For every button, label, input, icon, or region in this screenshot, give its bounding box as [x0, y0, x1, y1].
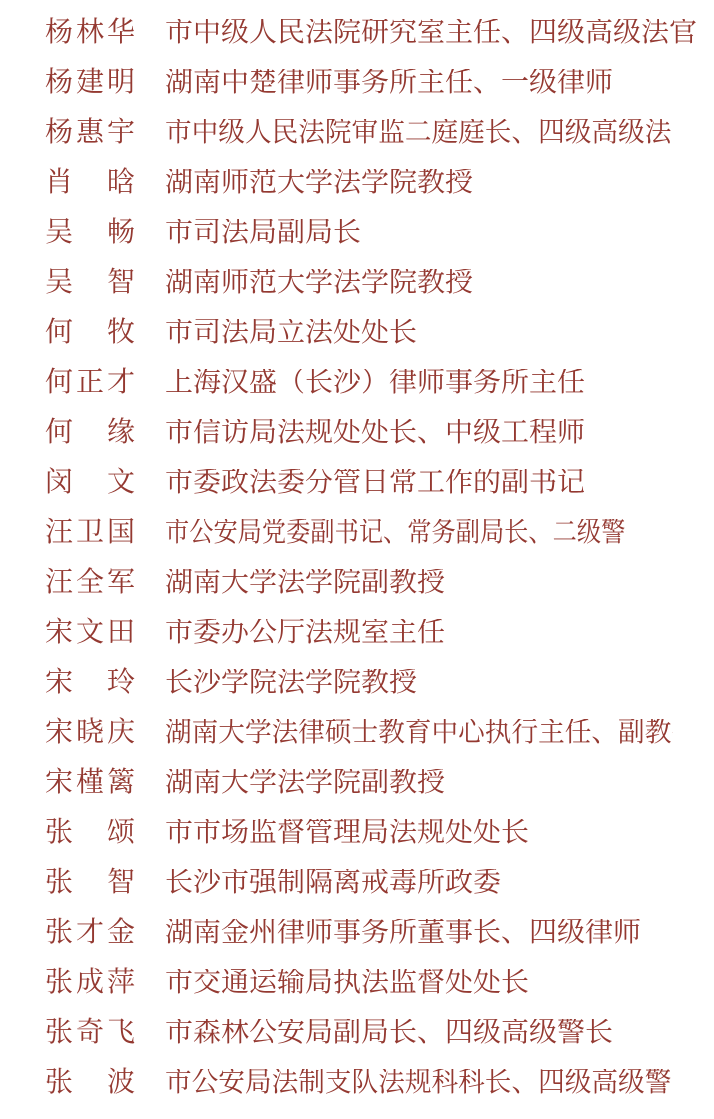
list-item: 闵 文 市委政法委分管日常工作的副书记 — [0, 458, 698, 508]
person-name: 何 缘 — [45, 419, 135, 447]
person-position: 市司法局立法处处长 — [165, 319, 698, 347]
list-item: 肖 晗 湖南师范大学法学院教授 — [0, 158, 698, 208]
list-item: 宋槿篱 湖南大学法学院副教授 — [0, 758, 698, 808]
person-name: 张成萍 — [45, 969, 135, 997]
list-item: 何 缘 市信访局法规处处长、中级工程师 — [0, 408, 698, 458]
person-name: 张 波 — [45, 1069, 135, 1097]
list-item: 吴 畅 市司法局副局长 — [0, 208, 698, 258]
list-item: 杨建明 湖南中楚律师事务所主任、一级律师 — [0, 58, 698, 108]
person-position: 湖南金州律师事务所董事长、四级律师 — [165, 919, 698, 947]
person-name: 宋文田 — [45, 619, 135, 647]
list-item: 汪全军 湖南大学法学院副教授 — [0, 558, 698, 608]
person-position: 市中级人民法院研究室主任、四级高级法官 — [165, 19, 698, 47]
person-position: 市公安局法制支队法规科科长、四级高级警长 — [165, 1069, 672, 1097]
person-position: 市委办公厅法规室主任 — [165, 619, 698, 647]
list-item: 张才金 湖南金州律师事务所董事长、四级律师 — [0, 908, 698, 958]
list-item: 张 智 长沙市强制隔离戒毒所政委 — [0, 858, 698, 908]
person-name: 宋槿篱 — [45, 769, 135, 797]
person-position: 湖南师范大学法学院教授 — [165, 269, 698, 297]
person-name: 杨建明 — [45, 69, 135, 97]
list-item: 何正才 上海汉盛（长沙）律师事务所主任 — [0, 358, 698, 408]
person-position: 长沙学院法学院教授 — [165, 669, 698, 697]
person-position: 市信访局法规处处长、中级工程师 — [165, 419, 698, 447]
person-position: 湖南大学法律硕士教育中心执行主任、副教授 — [165, 719, 672, 747]
list-item: 吴 智 湖南师范大学法学院教授 — [0, 258, 698, 308]
list-item: 宋 玲 长沙学院法学院教授 — [0, 658, 698, 708]
person-position: 湖南大学法学院副教授 — [165, 769, 698, 797]
person-name: 宋晓庆 — [45, 719, 135, 747]
list-item: 杨惠宇 市中级人民法院审监二庭庭长、四级高级法官 — [0, 108, 698, 158]
person-name: 张 智 — [45, 869, 135, 897]
list-item: 宋晓庆 湖南大学法律硕士教育中心执行主任、副教授 — [0, 708, 698, 758]
person-position: 上海汉盛（长沙）律师事务所主任 — [165, 369, 698, 397]
document-page: 杨林华 市中级人民法院研究室主任、四级高级法官 杨建明 湖南中楚律师事务所主任、… — [0, 0, 714, 1119]
person-position: 市市场监督管理局法规处处长 — [165, 819, 698, 847]
person-position: 市中级人民法院审监二庭庭长、四级高级法官 — [165, 119, 672, 147]
person-name: 杨林华 — [45, 19, 135, 47]
list-item: 汪卫国 市公安局党委副书记、常务副局长、二级警务专员 — [0, 508, 698, 558]
person-name: 闵 文 — [45, 469, 135, 497]
person-name: 宋 玲 — [45, 669, 135, 697]
list-item: 宋文田 市委办公厅法规室主任 — [0, 608, 698, 658]
person-name: 肖 晗 — [45, 169, 135, 197]
person-position: 市司法局副局长 — [165, 219, 698, 247]
person-position: 市交通运输局执法监督处处长 — [165, 969, 698, 997]
person-position: 市委政法委分管日常工作的副书记 — [165, 469, 698, 497]
person-name: 何正才 — [45, 369, 135, 397]
person-position: 市森林公安局副局长、四级高级警长 — [165, 1019, 698, 1047]
list-item: 张 颂 市市场监督管理局法规处处长 — [0, 808, 698, 858]
person-position: 湖南师范大学法学院教授 — [165, 169, 698, 197]
list-item: 何 牧 市司法局立法处处长 — [0, 308, 698, 358]
person-name: 汪全军 — [45, 569, 135, 597]
person-name: 杨惠宇 — [45, 119, 135, 147]
person-name: 何 牧 — [45, 319, 135, 347]
person-name: 张奇飞 — [45, 1019, 135, 1047]
person-position: 长沙市强制隔离戒毒所政委 — [165, 869, 698, 897]
list-item: 杨林华 市中级人民法院研究室主任、四级高级法官 — [0, 8, 698, 58]
honor-roll-list: 杨林华 市中级人民法院研究室主任、四级高级法官 杨建明 湖南中楚律师事务所主任、… — [0, 8, 698, 1108]
person-name: 汪卫国 — [45, 519, 135, 547]
list-item: 张奇飞 市森林公安局副局长、四级高级警长 — [0, 1008, 698, 1058]
list-item: 张 波 市公安局法制支队法规科科长、四级高级警长 — [0, 1058, 698, 1108]
person-name: 吴 智 — [45, 269, 135, 297]
person-position: 湖南大学法学院副教授 — [165, 569, 698, 597]
person-name: 吴 畅 — [45, 219, 135, 247]
list-item: 张成萍 市交通运输局执法监督处处长 — [0, 958, 698, 1008]
person-position: 市公安局党委副书记、常务副局长、二级警务专员 — [165, 519, 626, 547]
person-position: 湖南中楚律师事务所主任、一级律师 — [165, 69, 698, 97]
person-name: 张才金 — [45, 919, 135, 947]
person-name: 张 颂 — [45, 819, 135, 847]
